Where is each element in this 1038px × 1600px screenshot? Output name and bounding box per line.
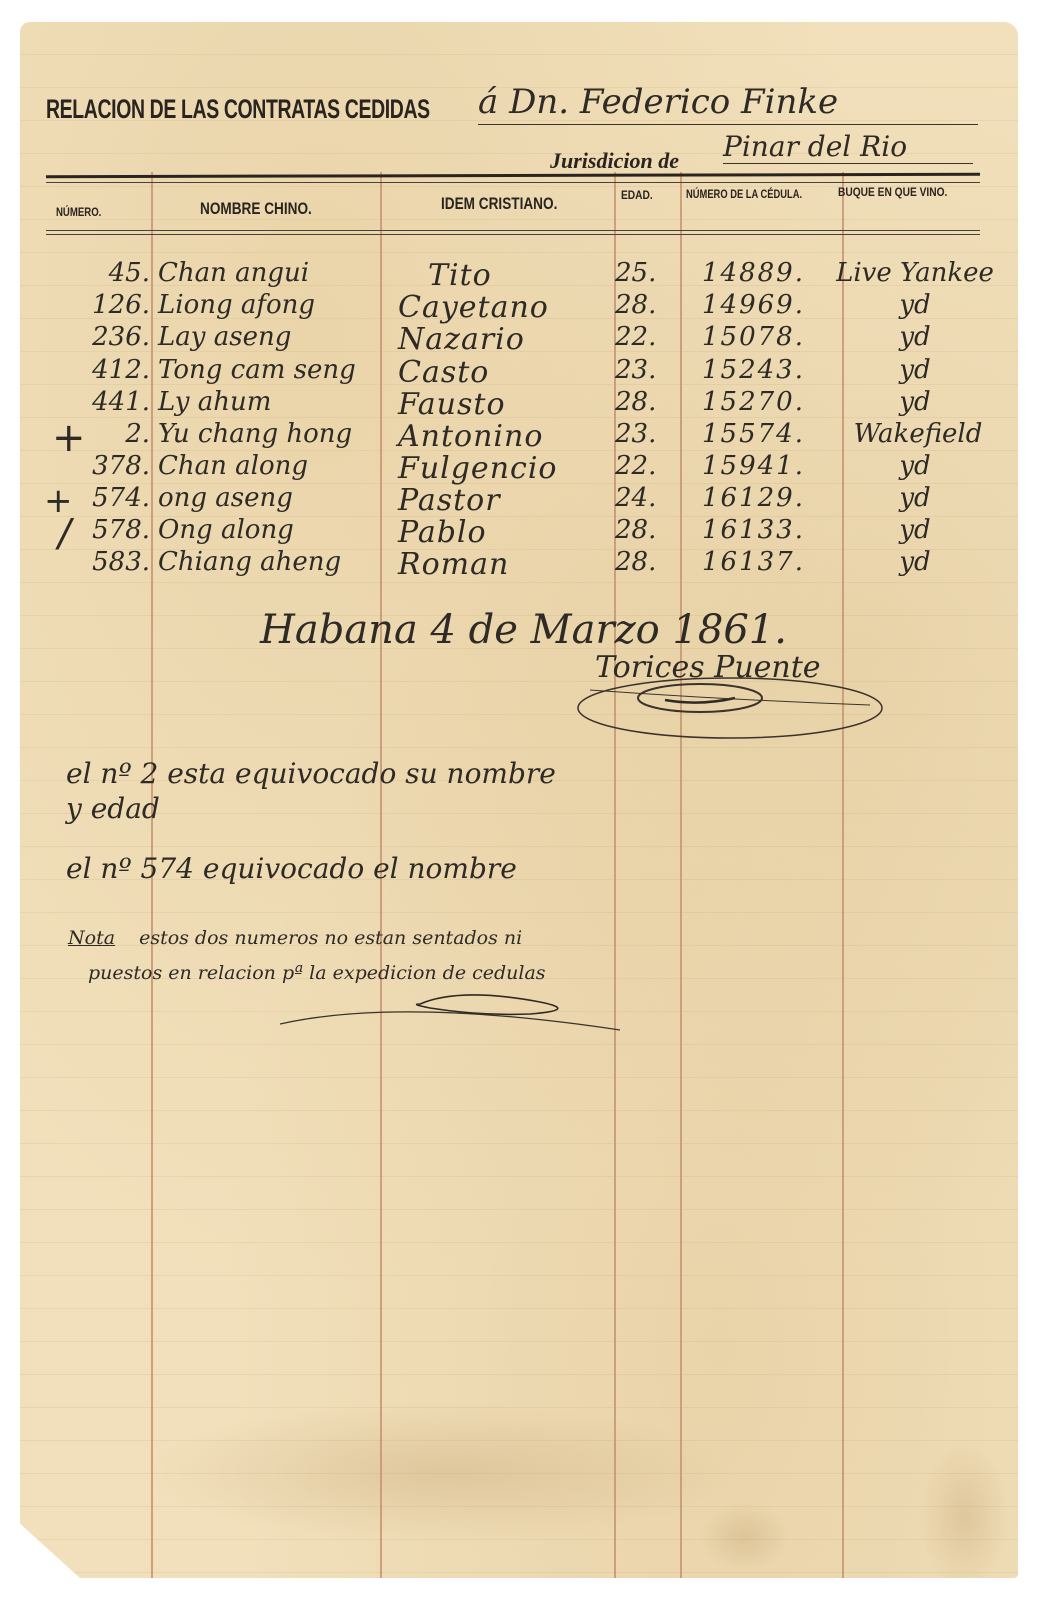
cell-nombre-chino: Tong cam seng: [158, 355, 356, 385]
column-header-numero: NÚMERO.: [56, 205, 101, 219]
table-row: + 574. ong aseng Pastor 24. 16129. yd: [20, 483, 1018, 515]
cell-nombre-chino: Yu chang hong: [158, 419, 352, 449]
cell-edad: 28.: [615, 547, 656, 577]
table-row: 236. Lay aseng Nazario 22. 15078. yd: [20, 322, 1018, 354]
table-row: 126. Liong afong Cayetano 28. 14969. yd: [20, 290, 1018, 322]
table-row: 45. Chan angui Tito 25. 14889. Live Yank…: [20, 258, 1018, 290]
water-stain: [920, 1442, 1010, 1592]
annotation-note-1: el nº 2 esta equivocado su nombre: [66, 757, 556, 790]
ink-stain: [700, 1502, 790, 1572]
cell-edad: 22.: [615, 451, 656, 481]
cell-nombre-chino: Ong along: [158, 515, 294, 545]
cell-nombre-cristiano: Antonino: [398, 419, 543, 454]
cell-edad: 25.: [615, 258, 656, 288]
cell-numero: 574.: [92, 483, 150, 513]
closing-flourish-icon: [280, 982, 620, 1032]
jurisdiction-value: Pinar del Rio: [723, 130, 973, 164]
cell-edad: 23.: [615, 419, 656, 449]
header-rule: [46, 173, 980, 178]
cell-cedula: 15078.: [702, 322, 805, 352]
table-row: 412. Tong cam seng Casto 23. 15243. yd: [20, 355, 1018, 387]
cell-buque: yd: [820, 387, 1010, 417]
column-header-idem-cristiano: IDEM CRISTIANO.: [441, 194, 557, 214]
cell-nombre-cristiano: Nazario: [398, 322, 525, 357]
cell-nombre-chino: Chan along: [158, 451, 308, 481]
cell-numero: 378.: [92, 451, 150, 481]
signature-flourish-icon: [570, 670, 890, 750]
nota-label: Nota: [68, 927, 115, 949]
header-rule-thin: [46, 182, 980, 183]
cell-edad: 22.: [615, 322, 656, 352]
cell-buque: yd: [820, 483, 1010, 513]
table-row: + 2. Yu chang hong Antonino 23. 15574. W…: [20, 419, 1018, 451]
cell-cedula: 15270.: [702, 387, 805, 417]
document-title: RELACION DE LAS CONTRATAS CEDIDAS: [46, 94, 430, 125]
nota-text-line1: estos dos numeros no estan sentados ni: [139, 927, 522, 949]
cell-cedula: 14889.: [702, 258, 805, 288]
cell-numero: 126.: [92, 290, 150, 320]
cell-nombre-cristiano: Tito: [428, 258, 492, 293]
cell-edad: 28.: [615, 515, 656, 545]
column-header-edad: EDAD.: [621, 188, 653, 202]
water-stain: [140, 1402, 740, 1542]
cell-numero: 441.: [92, 387, 150, 417]
cell-nombre-cristiano: Pablo: [398, 515, 487, 550]
table-row: 378. Chan along Fulgencio 22. 15941. yd: [20, 451, 1018, 483]
cell-nombre-cristiano: Cayetano: [398, 290, 549, 325]
annotation-note-2: el nº 574 equivocado el nombre: [66, 852, 517, 885]
nota-text-line2: puestos en relacion pª la expedicion de …: [88, 962, 546, 984]
cell-edad: 28.: [615, 387, 656, 417]
cell-cedula: 16129.: [702, 483, 805, 513]
document-page: RELACION DE LAS CONTRATAS CEDIDAS á Dn. …: [20, 22, 1018, 1578]
cell-nombre-chino: Ly ahum: [158, 387, 271, 417]
cell-cedula: 16137.: [702, 547, 805, 577]
cell-numero: 578.: [92, 515, 150, 545]
cell-nombre-chino: Chiang aheng: [158, 547, 341, 577]
cell-nombre-cristiano: Casto: [398, 355, 489, 390]
table-row: 583. Chiang aheng Roman 28. 16137. yd: [20, 547, 1018, 579]
cell-nombre-chino: Liong afong: [158, 290, 315, 320]
column-header-buque: BUQUE EN QUE VINO.: [838, 185, 947, 199]
cell-nombre-chino: Lay aseng: [158, 322, 291, 352]
cell-nombre-cristiano: Fulgencio: [398, 451, 557, 486]
cell-buque: Wakefield: [818, 419, 1018, 449]
place-and-date: Habana 4 de Marzo 1861.: [260, 607, 787, 653]
cell-edad: 28.: [615, 290, 656, 320]
cell-buque: yd: [820, 355, 1010, 385]
cell-buque: yd: [820, 290, 1010, 320]
cell-numero: 412.: [92, 355, 150, 385]
cell-buque: yd: [820, 451, 1010, 481]
addressee-name: á Dn. Federico Finke: [478, 82, 978, 125]
annotation-note-1-line2: y edad: [66, 792, 160, 825]
cell-nombre-cristiano: Roman: [398, 547, 509, 582]
cell-edad: 24.: [615, 483, 656, 513]
annotation-nota: Nota estos dos numeros no estan sentados…: [68, 927, 522, 949]
cell-buque: Live Yankee: [815, 258, 1015, 288]
jurisdiction-label: Jurisdicion de: [550, 148, 679, 174]
cell-numero: 2.: [125, 419, 150, 449]
cell-buque: yd: [820, 515, 1010, 545]
cell-numero: 583.: [92, 547, 150, 577]
table-row: / 578. Ong along Pablo 28. 16133. yd: [20, 515, 1018, 547]
column-header-cedula: NÚMERO DE LA CÉDULA.: [686, 187, 802, 201]
cell-numero: 236.: [92, 322, 150, 352]
cell-nombre-cristiano: Pastor: [398, 483, 501, 518]
cell-cedula: 15941.: [702, 451, 805, 481]
cell-cedula: 15574.: [702, 419, 805, 449]
cell-cedula: 16133.: [702, 515, 805, 545]
cell-nombre-chino: Chan angui: [158, 258, 309, 288]
cell-buque: yd: [820, 547, 1010, 577]
cell-nombre-cristiano: Fausto: [398, 387, 506, 422]
cell-cedula: 15243.: [702, 355, 805, 385]
cell-cedula: 14969.: [702, 290, 805, 320]
cell-nombre-chino: ong aseng: [158, 483, 293, 513]
cell-numero: 45.: [109, 258, 150, 288]
table-row: 441. Ly ahum Fausto 28. 15270. yd: [20, 387, 1018, 419]
header-bottom-rule: [46, 234, 980, 235]
column-header-nombre-chino: NOMBRE CHINO.: [200, 199, 312, 219]
cell-edad: 23.: [615, 355, 656, 385]
header-bottom-rule: [46, 230, 980, 231]
cell-buque: yd: [820, 322, 1010, 352]
